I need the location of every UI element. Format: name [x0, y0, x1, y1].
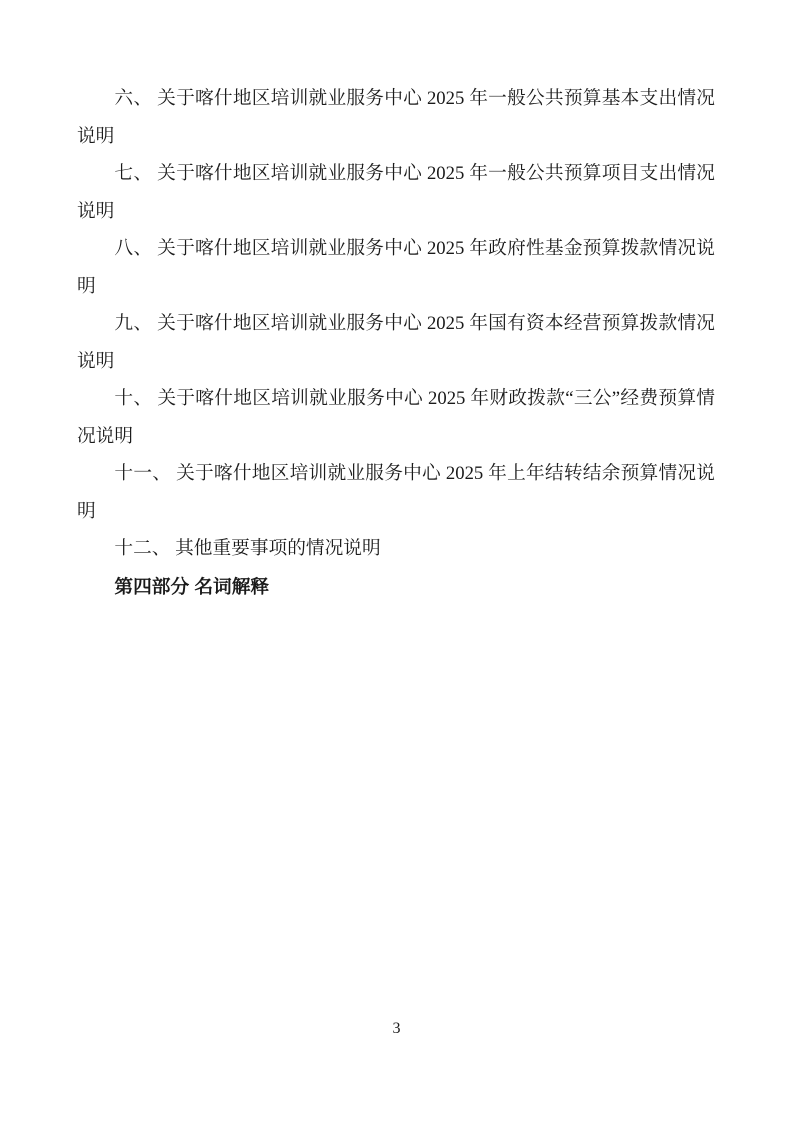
toc-item-11: 十一、 关于喀什地区培训就业服务中心 2025 年上年结转结余预算情况说明	[77, 455, 715, 530]
toc-item-8: 八、 关于喀什地区培训就业服务中心 2025 年政府性基金预算拨款情况说明	[77, 230, 715, 305]
toc-item-12: 十二、 其他重要事项的情况说明	[77, 530, 715, 568]
toc-item-7: 七、 关于喀什地区培训就业服务中心 2025 年一般公共预算项目支出情况说明	[77, 155, 715, 230]
toc-item-6: 六、 关于喀什地区培训就业服务中心 2025 年一般公共预算基本支出情况说明	[77, 80, 715, 155]
section-heading-part4: 第四部分 名词解释	[77, 568, 715, 606]
document-page: 六、 关于喀什地区培训就业服务中心 2025 年一般公共预算基本支出情况说明 七…	[0, 0, 793, 1122]
toc-item-10: 十、 关于喀什地区培训就业服务中心 2025 年财政拨款“三公”经费预算情况说明	[77, 380, 715, 455]
toc-item-9: 九、 关于喀什地区培训就业服务中心 2025 年国有资本经营预算拨款情况说明	[77, 305, 715, 380]
toc-content: 六、 关于喀什地区培训就业服务中心 2025 年一般公共预算基本支出情况说明 七…	[77, 80, 715, 605]
page-number: 3	[0, 1021, 793, 1037]
